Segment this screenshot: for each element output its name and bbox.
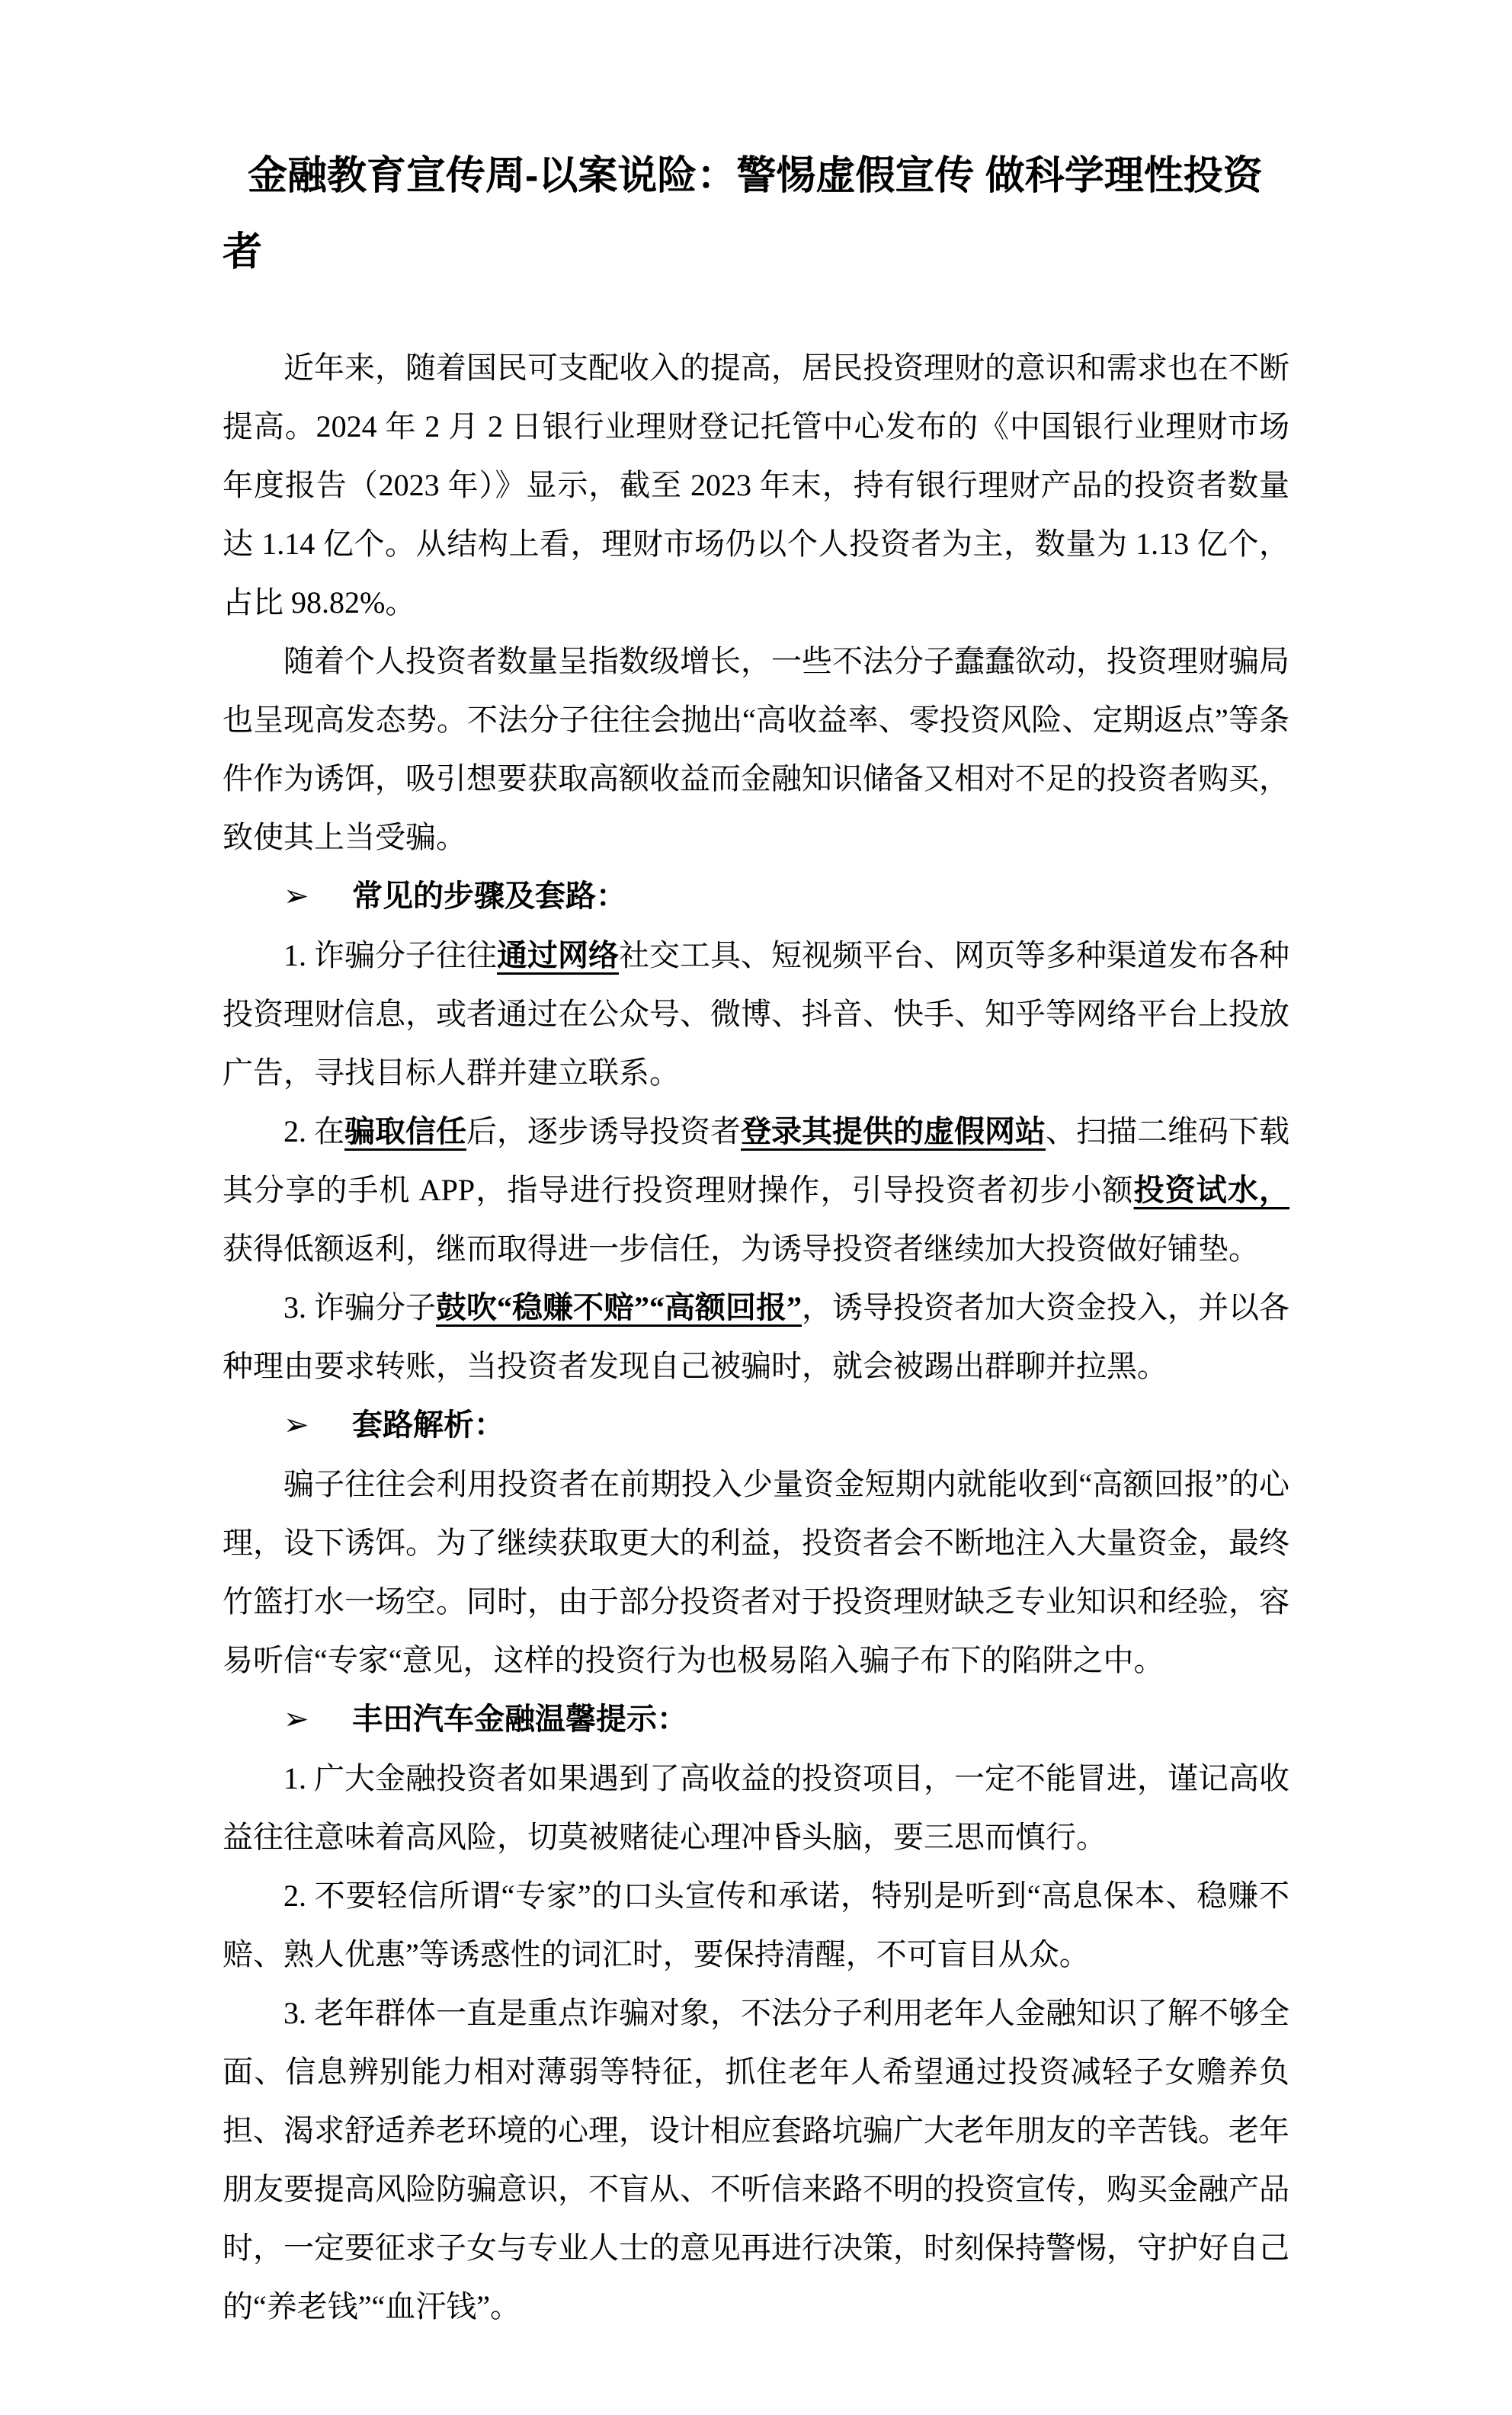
paragraph: 3. 诈骗分子鼓吹“稳赚不赔”“高额回报”，诱导投资者加大资金投入，并以各种理由…	[223, 1278, 1289, 1395]
paragraph: 骗子往往会利用投资者在前期投入少量资金短期内就能收到“高额回报”的心理，设下诱饵…	[223, 1455, 1289, 1690]
emphasized-text: 鼓吹“稳赚不赔”“高额回报”	[436, 1290, 802, 1324]
section-heading: ➢套路解析：	[223, 1395, 1289, 1455]
text-run: 3. 诈骗分子	[283, 1290, 436, 1324]
text-run: 1. 诈骗分子往往	[283, 938, 497, 972]
paragraph: 近年来，随着国民可支配收入的提高，居民投资理财的意识和需求也在不断提高。2024…	[223, 338, 1289, 632]
text-run: 3. 老年群体一直是重点诈骗对象，不法分子利用老年人金融知识了解不够全面、信息辨…	[223, 1996, 1289, 2324]
section-heading-label: 套路解析：	[352, 1408, 505, 1442]
arrow-bullet-icon: ➢	[283, 1690, 352, 1749]
emphasized-text: 登录其提供的虚假网站	[741, 1114, 1046, 1148]
paragraph: 随着个人投资者数量呈指数级增长，一些不法分子蠢蠢欲动，投资理财骗局也呈现高发态势…	[223, 632, 1289, 866]
text-run: 1. 广大金融投资者如果遇到了高收益的投资项目，一定不能冒进，谨记高收益往往意味…	[223, 1761, 1289, 1854]
arrow-bullet-icon: ➢	[283, 867, 352, 926]
text-run: 2. 在	[283, 1114, 344, 1148]
text-run: 后，逐步诱导投资者	[466, 1114, 741, 1148]
text-run: 2. 不要轻信所谓“专家”的口头宣传和承诺，特别是听到“高息保本、稳赚不赔、熟人…	[223, 1879, 1289, 1971]
paragraph: 1. 诈骗分子往往通过网络社交工具、短视频平台、网页等多种渠道发布各种投资理财信…	[223, 926, 1289, 1102]
paragraph: 2. 在骗取信任后，逐步诱导投资者登录其提供的虚假网站、扫描二维码下载其分享的手…	[223, 1102, 1289, 1278]
document-title: 金融教育宣传周-以案说险：警惕虚假宣传 做科学理性投资者	[223, 138, 1289, 290]
section-heading: ➢常见的步骤及套路：	[223, 866, 1289, 926]
emphasized-text: 通过网络	[497, 938, 619, 972]
document-page: 金融教育宣传周-以案说险：警惕虚假宣传 做科学理性投资者 近年来，随着国民可支配…	[0, 0, 1512, 2415]
section-heading-label: 常见的步骤及套路：	[352, 879, 626, 913]
paragraph: 2. 不要轻信所谓“专家”的口头宣传和承诺，特别是听到“高息保本、稳赚不赔、熟人…	[223, 1866, 1289, 1984]
paragraph: 3. 老年群体一直是重点诈骗对象，不法分子利用老年人金融知识了解不够全面、信息辨…	[223, 1984, 1289, 2336]
section-heading-label: 丰田汽车金融温馨提示：	[352, 1702, 687, 1736]
text-run: 获得低额返利，继而取得进一步信任，为诱导投资者继续加大投资做好铺垫。	[223, 1232, 1259, 1266]
emphasized-text: 投资试水，	[1134, 1173, 1289, 1207]
text-run: 随着个人投资者数量呈指数级增长，一些不法分子蠢蠢欲动，投资理财骗局也呈现高发态势…	[223, 644, 1289, 854]
document-body: 近年来，随着国民可支配收入的提高，居民投资理财的意识和需求也在不断提高。2024…	[223, 338, 1289, 2336]
emphasized-text: 骗取信任	[344, 1114, 466, 1148]
paragraph: 1. 广大金融投资者如果遇到了高收益的投资项目，一定不能冒进，谨记高收益往往意味…	[223, 1749, 1289, 1866]
text-run: 骗子往往会利用投资者在前期投入少量资金短期内就能收到“高额回报”的心理，设下诱饵…	[223, 1467, 1289, 1677]
text-run: 近年来，随着国民可支配收入的提高，居民投资理财的意识和需求也在不断提高。2024…	[223, 351, 1289, 620]
section-heading: ➢丰田汽车金融温馨提示：	[223, 1690, 1289, 1749]
arrow-bullet-icon: ➢	[283, 1396, 352, 1455]
